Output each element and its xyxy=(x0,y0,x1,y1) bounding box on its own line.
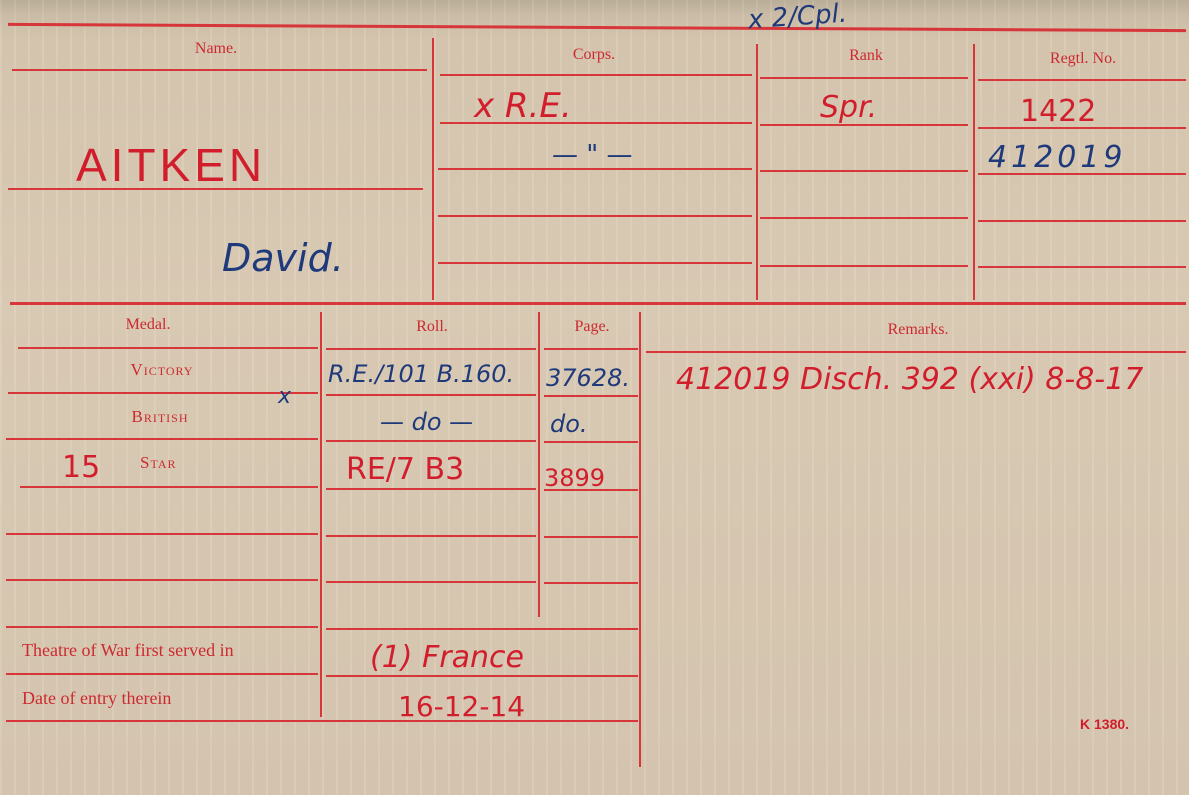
rule xyxy=(326,581,536,583)
rule xyxy=(760,217,968,219)
page-victory: 37628. xyxy=(546,364,630,392)
section-divider xyxy=(10,302,1186,305)
remarks-entry: 412019 Disch. 392 (xxi) 8-8-17 xyxy=(676,362,1143,397)
theatre-value: (1) France xyxy=(370,640,524,675)
rule xyxy=(326,488,536,490)
rule xyxy=(6,438,318,440)
divider-page-remarks xyxy=(639,312,641,767)
rule xyxy=(440,74,752,76)
rule xyxy=(760,170,968,172)
roll-victory: R.E./101 B.160. xyxy=(328,360,514,388)
label-entry-date: Date of entry therein xyxy=(22,688,171,709)
rule xyxy=(544,395,638,397)
medal-victory: Victory xyxy=(130,360,193,380)
rule xyxy=(326,628,638,630)
rule xyxy=(6,579,318,581)
rule xyxy=(978,79,1186,81)
label-regt-no: Regtl. No. xyxy=(1050,50,1116,68)
rule xyxy=(18,347,318,349)
rule xyxy=(6,533,318,535)
form-number: K 1380. xyxy=(1080,716,1129,732)
label-page: Page. xyxy=(574,318,609,336)
medal-star: Star xyxy=(140,453,177,473)
forename: David. xyxy=(222,236,344,280)
rule xyxy=(326,348,536,350)
rule xyxy=(438,215,752,217)
divider-name-corps xyxy=(432,38,434,300)
label-theatre: Theatre of War first served in xyxy=(22,640,234,661)
regt-no-entry-1: 1422 xyxy=(1020,94,1096,129)
star-prefix: 15 xyxy=(62,450,100,485)
rule xyxy=(326,535,536,537)
surname: AITKEN xyxy=(76,138,266,192)
rule xyxy=(544,582,638,584)
roll-british: — do — xyxy=(380,408,473,436)
corps-entry-2: — " — xyxy=(552,140,633,170)
corps-entry-1: x R.E. xyxy=(474,86,572,126)
rule xyxy=(12,69,427,71)
medal-british: British xyxy=(131,407,188,427)
label-rank: Rank xyxy=(849,47,883,65)
rule xyxy=(760,77,968,79)
label-remarks: Remarks. xyxy=(888,321,949,339)
rule xyxy=(326,440,536,442)
rule xyxy=(8,392,318,394)
rule xyxy=(6,626,318,628)
rule xyxy=(6,720,638,722)
rule xyxy=(6,673,318,675)
label-name: Name. xyxy=(195,40,237,58)
label-roll: Roll. xyxy=(416,318,448,336)
medal-index-card: Name. Corps. Rank Regtl. No. x 2/Cpl. AI… xyxy=(0,0,1189,795)
page-british: do. xyxy=(550,410,588,438)
rule xyxy=(326,394,536,396)
page-star: 3899 xyxy=(544,464,605,492)
rule xyxy=(646,351,1186,353)
divider-rank-regt xyxy=(973,44,975,300)
rank-entry-1: Spr. xyxy=(820,90,877,125)
label-corps: Corps. xyxy=(573,46,615,64)
rule xyxy=(544,441,638,443)
roll-star: RE/7 B3 xyxy=(346,452,464,487)
divider-roll-page xyxy=(538,312,540,617)
rule xyxy=(544,348,638,350)
regt-no-entry-2: 412019 xyxy=(988,140,1127,175)
rule xyxy=(978,220,1186,222)
entry-date-value: 16-12-14 xyxy=(398,690,525,723)
rule xyxy=(760,265,968,267)
top-border-line xyxy=(8,23,1186,32)
divider-medal-roll xyxy=(320,312,322,717)
rule xyxy=(544,536,638,538)
divider-corps-rank xyxy=(756,44,758,300)
rule xyxy=(326,675,638,677)
rule xyxy=(438,262,752,264)
row-marker: x xyxy=(278,384,291,409)
label-medal: Medal. xyxy=(126,316,171,334)
rule xyxy=(978,266,1186,268)
rule xyxy=(20,486,318,488)
